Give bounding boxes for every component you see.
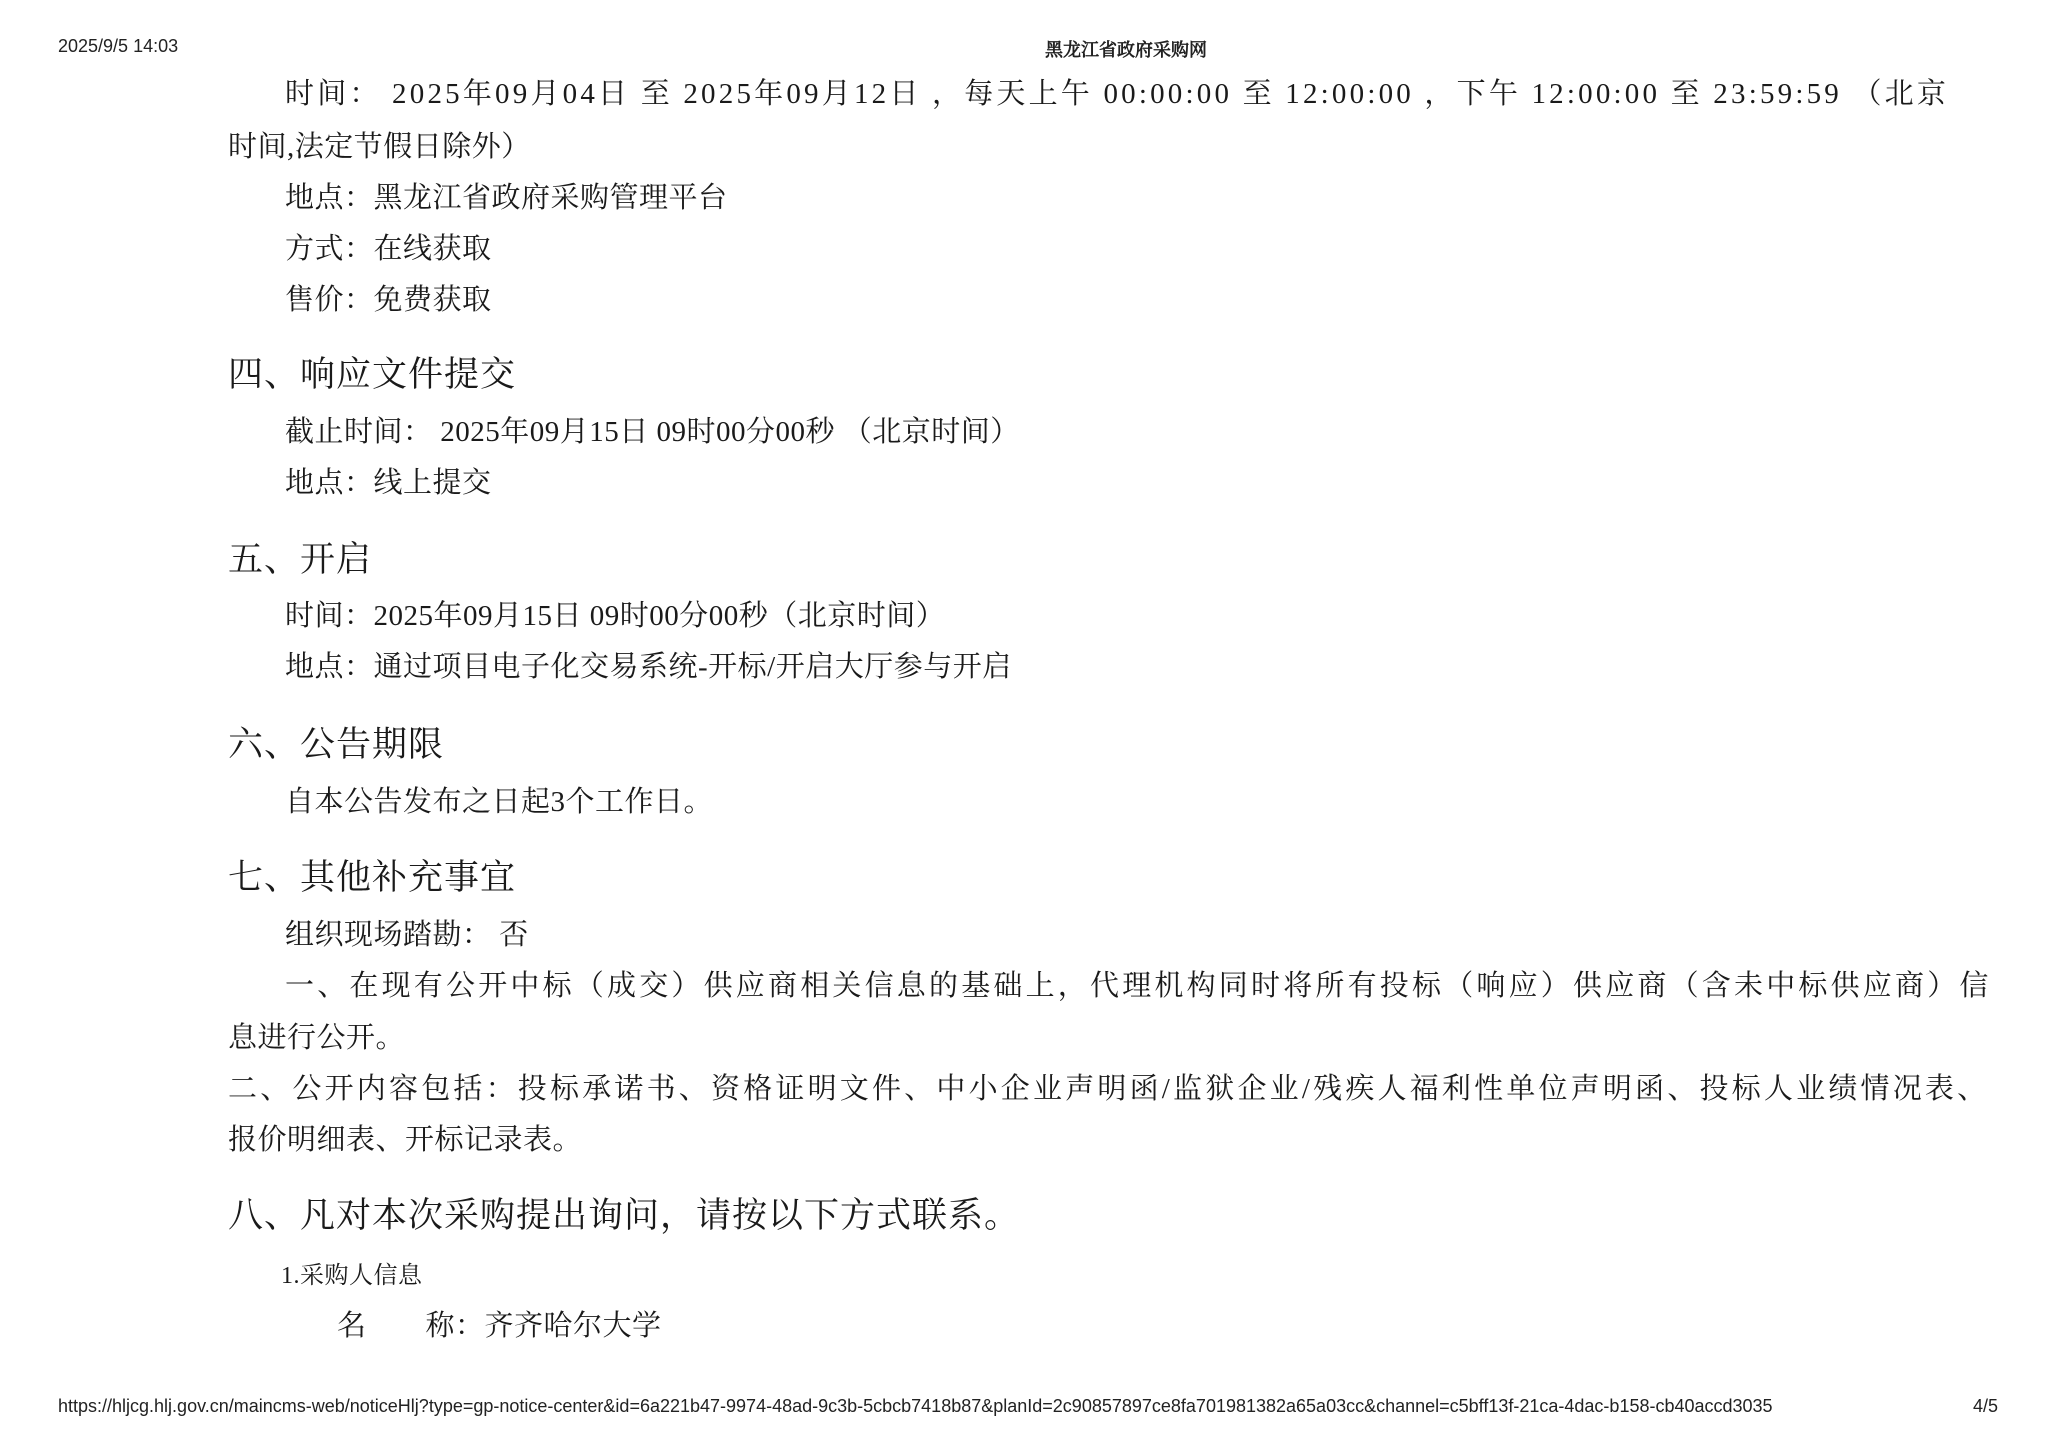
section7-heading: 七、其他补充事宜: [228, 860, 516, 895]
section6-heading: 六、公告期限: [228, 727, 444, 762]
submission-deadline: 截止时间： 2025年09月15日 09时00分00秒 （北京时间）: [285, 418, 1020, 447]
opening-time: 时间：2025年09月15日 09时00分00秒（北京时间）: [285, 602, 945, 631]
submission-location: 地点：线上提交: [285, 469, 492, 498]
print-footer-url: https://hljcg.hlj.gov.cn/maincms-web/not…: [58, 1396, 1773, 1417]
disclosure-content-line2: 报价明细表、开标记录表。: [228, 1126, 582, 1155]
acquisition-price: 售价：免费获取: [285, 286, 492, 315]
supplier-disclosure-line2: 息进行公开。: [228, 1024, 405, 1053]
section5-heading: 五、开启: [228, 542, 372, 577]
buyer-info-label: 1.采购人信息: [281, 1264, 423, 1288]
print-header-title: 黑龙江省政府采购网: [1045, 36, 1207, 62]
supplier-disclosure-line1: 一、在现有公开中标（成交）供应商相关信息的基础上，代理机构同时将所有投标（响应）…: [285, 972, 1992, 1001]
acquisition-location: 地点：黑龙江省政府采购管理平台: [285, 184, 728, 213]
site-survey: 组织现场踏勘： 否: [285, 921, 529, 950]
print-preview-page: 2025/9/5 14:03 黑龙江省政府采购网 时间： 2025年09月04日…: [0, 0, 2048, 1447]
section4-heading: 四、响应文件提交: [228, 357, 516, 392]
opening-location: 地点：通过项目电子化交易系统-开标/开启大厅参与开启: [285, 653, 1012, 682]
buyer-name: 名 称：齐齐哈尔大学: [337, 1312, 662, 1341]
acquisition-time-line2: 时间,法定节假日除外）: [228, 133, 531, 162]
acquisition-method: 方式：在线获取: [285, 235, 492, 264]
acquisition-time-line1: 时间： 2025年09月04日 至 2025年09月12日 ，每天上午 00:0…: [285, 80, 1949, 109]
print-footer-page-number: 4/5: [1973, 1396, 1998, 1417]
announcement-period: 自本公告发布之日起3个工作日。: [285, 788, 713, 817]
print-header-timestamp: 2025/9/5 14:03: [58, 36, 178, 57]
section8-heading: 八、凡对本次采购提出询问，请按以下方式联系。: [228, 1198, 1020, 1233]
disclosure-content-line1: 二、公开内容包括：投标承诺书、资格证明文件、中小企业声明函/监狱企业/残疾人福利…: [228, 1075, 1989, 1104]
